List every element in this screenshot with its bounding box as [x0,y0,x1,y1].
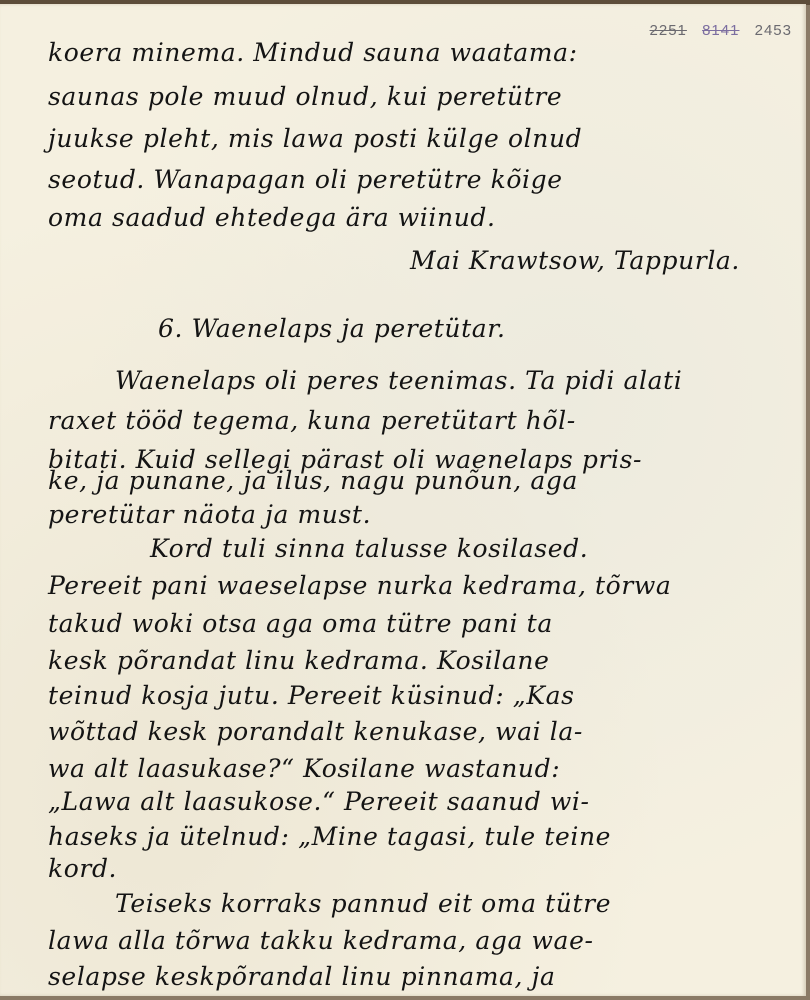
text-line: haseks ja ütelnud: „Mine tagasi, tule te… [48,822,611,851]
text-line: teinud kosja jutu. Pereeit küsinud: „Kas [48,681,575,710]
text-line: wõttad kesk porandalt kenukase, wai la- [48,717,583,746]
text-line: selapse keskpõrandal linu pinnama, ja [48,962,556,991]
text-line: saunas pole muud olnud, kui peretütre [48,82,562,111]
narrator-signature: Mai Krawtsow, Tappurla. [410,246,740,275]
text-line: juukse pleht, mis lawa posti külge olnud [48,124,582,153]
text-line: wa alt laasukase?“ Kosilane wastanud: [48,754,560,783]
text-line: Waenelaps oli peres teenimas. Ta pidi al… [115,366,682,395]
text-line: Pereeit pani waeselapse nurka kedrama, t… [48,571,671,600]
text-line: koera minema. Mindud sauna waatama: [48,38,578,67]
catalog-number-struck: 8141 [702,22,739,39]
text-line: „Lawa alt laasukose.“ Pereeit saanud wi- [48,787,590,816]
story-heading: 6. Waenelaps ja peretütar. [158,314,506,343]
catalog-number-current: 2453 [755,22,792,39]
text-line: raxet tööd tegema, kuna peretütart hõl- [48,406,576,435]
catalog-number-struck: 2251 [650,22,687,39]
manuscript-page: 2251 8141 2453 koera minema. Mindud saun… [0,4,806,996]
catalog-numbers: 2251 8141 2453 [640,22,792,39]
text-line: Kord tuli sinna talusse kosilased. [150,534,588,563]
text-line: seotud. Wanapagan oli peretütre kõige [48,165,563,194]
text-line: lawa alla tõrwa takku kedrama, aga wae- [48,926,594,955]
text-line: peretütar näota ja must. [48,500,371,529]
text-line: oma saadud ehtedega ära wiinud. [48,203,496,232]
text-line: Teiseks korraks pannud eit oma tütre [115,889,611,918]
text-line: ke, ja punane, ja ilus, nagu punõun, aga [48,466,578,495]
text-line: takud woki otsa aga oma tütre pani ta [48,609,553,638]
text-line: kesk põrandat linu kedrama. Kosilane [48,646,550,675]
text-line: kord. [48,854,117,883]
